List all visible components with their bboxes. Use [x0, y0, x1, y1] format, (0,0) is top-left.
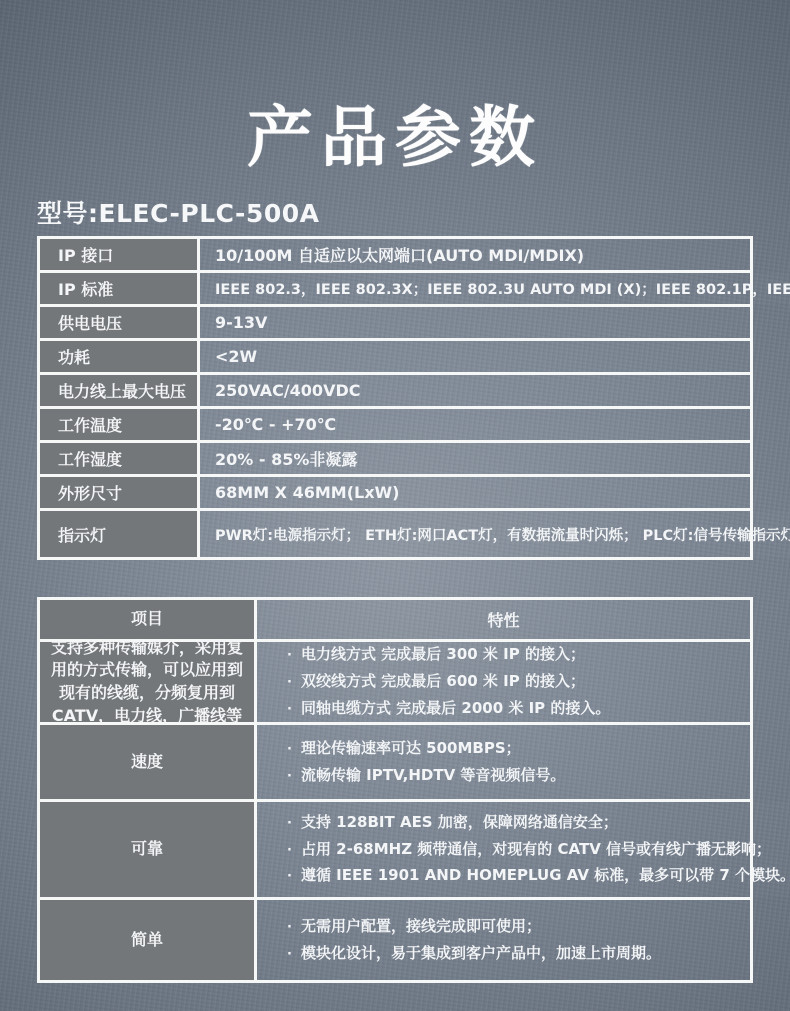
- bullet-icon: ·: [287, 674, 292, 693]
- spec-value: 250VAC/400VDC: [200, 375, 750, 406]
- spec-label: IP 接口: [40, 239, 200, 270]
- spec-value: 68MM X 46MM(LxW): [200, 477, 750, 508]
- list-item: · 支持 128BIT AES 加密，保障网络通信安全；: [287, 812, 790, 834]
- feature-header-item: 项目: [40, 600, 257, 639]
- bullet-icon: ·: [287, 701, 292, 720]
- feature-text: 支持 128BIT AES 加密，保障网络通信安全；: [301, 812, 618, 834]
- list-item: · 双绞线方式 完成最后 600 米 IP 的接入；: [287, 671, 742, 693]
- feature-item-cell: 简单: [40, 900, 257, 980]
- bullet-icon: ·: [287, 815, 292, 834]
- table-row: 功耗 <2W: [40, 341, 750, 375]
- feature-text: 模块化设计，易于集成到客户产品中，加速上市周期。: [301, 943, 661, 965]
- feature-text: 电力线方式 完成最后 300 米 IP 的接入；: [301, 644, 585, 666]
- feature-list: · 无需用户配置，接线完成即可使用； · 模块化设计，易于集成到客户产品中，加速…: [257, 900, 750, 980]
- list-item: · 遵循 IEEE 1901 AND HOMEPLUG AV 标准，最多可以带 …: [287, 865, 790, 887]
- spec-value: 20% - 85%非凝露: [200, 443, 750, 474]
- feature-table: 项目 特性 支持多种传输媒介，采用复 用的方式传输，可以应用到 现有的线缆，分频…: [37, 597, 753, 983]
- spec-value: IEEE 802.3，IEEE 802.3X；IEEE 802.3U AUTO …: [200, 273, 790, 304]
- feature-text: 无需用户配置，接线完成即可使用；: [301, 916, 541, 938]
- feature-text: 流畅传输 IPTV,HDTV 等音视频信号。: [301, 765, 565, 787]
- feature-text: 占用 2-68MHZ 频带通信，对现有的 CATV 信号或有线广播无影响；: [301, 839, 771, 861]
- bullet-icon: ·: [287, 768, 292, 787]
- feature-text: 遵循 IEEE 1901 AND HOMEPLUG AV 标准，最多可以带 7 …: [301, 865, 790, 887]
- table-row: 供电电压 9-13V: [40, 307, 750, 341]
- spec-label: 工作湿度: [40, 443, 200, 474]
- spec-label: 外形尺寸: [40, 477, 200, 508]
- table-row: IP 标准 IEEE 802.3，IEEE 802.3X；IEEE 802.3U…: [40, 273, 750, 307]
- bullet-icon: ·: [287, 868, 292, 887]
- model-number: 型号:ELEC-PLC-500A: [37, 194, 319, 230]
- spec-label: 供电电压: [40, 307, 200, 338]
- bullet-icon: ·: [287, 919, 292, 938]
- bullet-icon: ·: [287, 946, 292, 965]
- list-item: · 模块化设计，易于集成到客户产品中，加速上市周期。: [287, 943, 742, 965]
- list-item: · 无需用户配置，接线完成即可使用；: [287, 916, 742, 938]
- table-row: 简单 · 无需用户配置，接线完成即可使用； · 模块化设计，易于集成到客户产品中…: [40, 900, 750, 980]
- bullet-icon: ·: [287, 842, 292, 861]
- table-row: 速度 · 理论传输速率可达 500MBPS； · 流畅传输 IPTV,HDTV …: [40, 725, 750, 802]
- table-row: 支持多种传输媒介，采用复 用的方式传输，可以应用到 现有的线缆，分频复用到 CA…: [40, 642, 750, 725]
- spec-value: -20℃ - +70℃: [200, 409, 750, 440]
- feature-text: 同轴电缆方式 完成最后 2000 米 IP 的接入。: [301, 698, 610, 720]
- feature-text: 理论传输速率可达 500MBPS；: [301, 738, 521, 760]
- feature-list: · 电力线方式 完成最后 300 米 IP 的接入； · 双绞线方式 完成最后 …: [257, 642, 750, 722]
- spec-label: 电力线上最大电压: [40, 375, 200, 406]
- list-item: · 占用 2-68MHZ 频带通信，对现有的 CATV 信号或有线广播无影响；: [287, 839, 790, 861]
- feature-text: 双绞线方式 完成最后 600 米 IP 的接入；: [301, 671, 585, 693]
- spec-value: 10/100M 自适应以太网端口(AUTO MDI/MDIX): [200, 239, 750, 270]
- table-row: 工作温度 -20℃ - +70℃: [40, 409, 750, 443]
- spec-value: PWR灯:电源指示灯； ETH灯:网口ACT灯，有数据流量时闪烁； PLC灯:信…: [200, 511, 790, 557]
- list-item: · 电力线方式 完成最后 300 米 IP 的接入；: [287, 644, 742, 666]
- feature-item-cell: 支持多种传输媒介，采用复 用的方式传输，可以应用到 现有的线缆，分频复用到 CA…: [40, 642, 257, 722]
- feature-header-features: 特性: [257, 600, 750, 639]
- page-title: 产品参数: [0, 84, 790, 179]
- spec-label: 功耗: [40, 341, 200, 372]
- list-item: · 同轴电缆方式 完成最后 2000 米 IP 的接入。: [287, 698, 742, 720]
- bullet-icon: ·: [287, 647, 292, 666]
- spec-label: IP 标准: [40, 273, 200, 304]
- spec-table: IP 接口 10/100M 自适应以太网端口(AUTO MDI/MDIX) IP…: [37, 236, 753, 560]
- feature-list: · 理论传输速率可达 500MBPS； · 流畅传输 IPTV,HDTV 等音视…: [257, 725, 750, 799]
- list-item: · 流畅传输 IPTV,HDTV 等音视频信号。: [287, 765, 742, 787]
- feature-item-cell: 可靠: [40, 802, 257, 897]
- table-row: 电力线上最大电压 250VAC/400VDC: [40, 375, 750, 409]
- table-row: 指示灯 PWR灯:电源指示灯； ETH灯:网口ACT灯，有数据流量时闪烁； PL…: [40, 511, 750, 557]
- table-row: 外形尺寸 68MM X 46MM(LxW): [40, 477, 750, 511]
- spec-label: 工作温度: [40, 409, 200, 440]
- feature-item-cell: 速度: [40, 725, 257, 799]
- spec-label: 指示灯: [40, 511, 200, 557]
- page: 产品参数 型号:ELEC-PLC-500A IP 接口 10/100M 自适应以…: [0, 0, 790, 1011]
- spec-value: <2W: [200, 341, 750, 372]
- table-row: 可靠 · 支持 128BIT AES 加密，保障网络通信安全； · 占用 2-6…: [40, 802, 750, 900]
- bullet-icon: ·: [287, 741, 292, 760]
- table-row: IP 接口 10/100M 自适应以太网端口(AUTO MDI/MDIX): [40, 239, 750, 273]
- table-row: 工作湿度 20% - 85%非凝露: [40, 443, 750, 477]
- feature-list: · 支持 128BIT AES 加密，保障网络通信安全； · 占用 2-68MH…: [257, 802, 790, 897]
- list-item: · 理论传输速率可达 500MBPS；: [287, 738, 742, 760]
- spec-value: 9-13V: [200, 307, 750, 338]
